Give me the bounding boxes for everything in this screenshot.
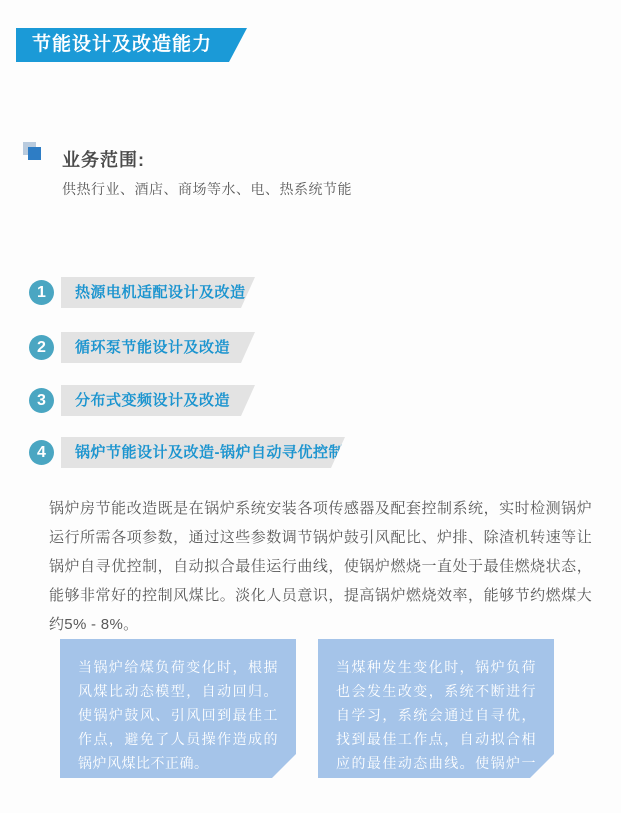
page-title: 节能设计及改造能力 [16,28,247,62]
capability-label: 锅炉节能设计及改造-锅炉自动寻优控制 [61,437,345,468]
boiler-description-paragraph: 锅炉房节能改造既是在锅炉系统安装各项传感器及配套控制系统，实时检测锅炉运行所需各… [49,494,592,639]
capability-label: 循环泵节能设计及改造 [61,332,255,363]
capability-number-badge: 2 [29,335,54,360]
business-scope-heading: 业务范围: [62,146,145,172]
coal-load-change-callout: 当锅炉给煤负荷变化时，根据风煤比动态模型，自动回归。使锅炉鼓风、引风回到最佳工作… [60,639,296,778]
capability-number-badge: 4 [29,440,54,465]
coal-type-change-callout: 当煤种发生变化时，锅炉负荷也会发生改变，系统不断进行自学习，系统会通过自寻优，找… [318,639,554,778]
overlapping-squares-bullet-icon [28,147,41,160]
capability-label: 热源电机适配设计及改造 [61,277,255,308]
business-scope-description: 供热行业、酒店、商场等水、电、热系统节能 [62,179,352,199]
capability-number-badge: 1 [29,280,54,305]
capability-number-badge: 3 [29,388,54,413]
capability-label: 分布式变频设计及改造 [61,385,255,416]
